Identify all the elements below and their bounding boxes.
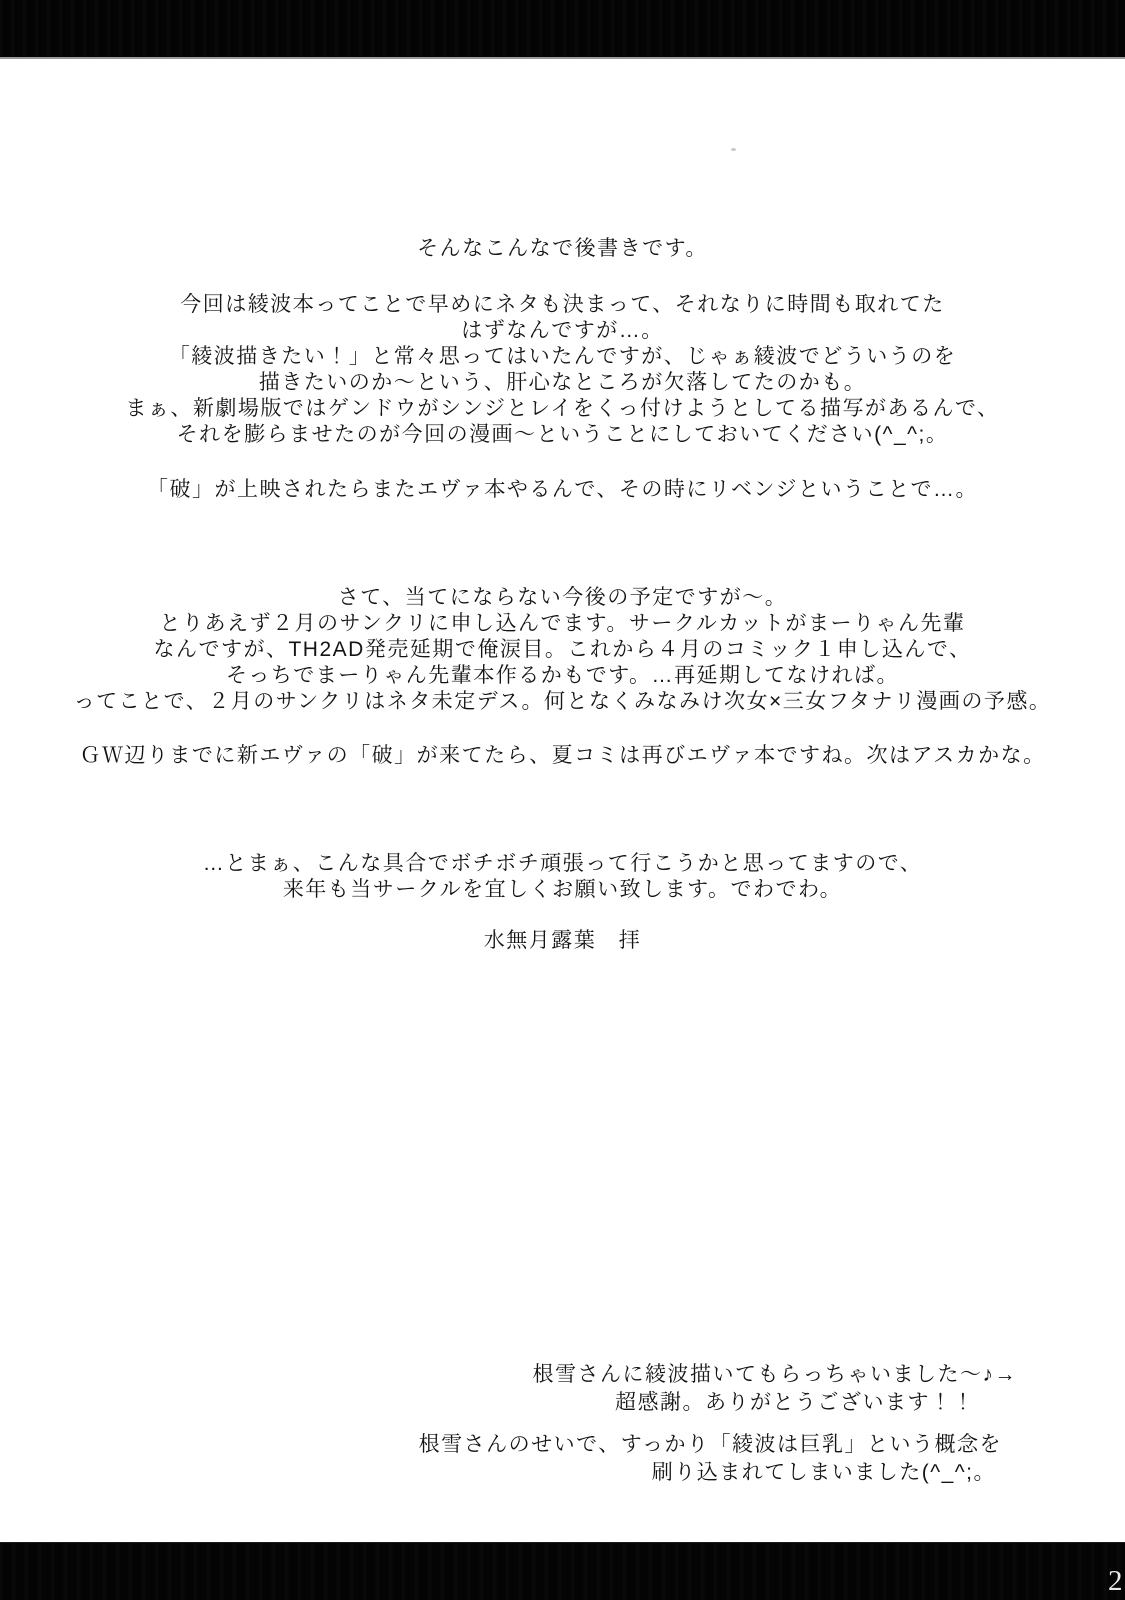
afterword-line: 「破」が上映されたらまたエヴァ本やるんで、その時にリベンジということで…。 <box>0 477 1125 503</box>
thanks-note-line: 根雪さんに綾波描いてもらっちゃいました～♪→ <box>533 1362 1018 1388</box>
afterword-line: 「綾波描きたい！」と常々思ってはいたんですが、じゃぁ綾波でどういうのを <box>0 344 1125 370</box>
afterword-line: はずなんですが…。 <box>0 318 1125 344</box>
afterword-line: ってことで、２月のサンクリはネタ未定デス。何となくみなみけ次女×三女フタナリ漫画… <box>0 689 1125 715</box>
afterword-line: そっちでまーりゃん先輩本作るかもです。…再延期してなければ。 <box>0 663 1125 689</box>
author-signature: 水無月露葉 拝 <box>0 928 1125 954</box>
afterword-line: さて、当てにならない今後の予定ですが～。 <box>0 585 1125 611</box>
thanks-note-line: 超感謝。ありがとうございます！！ <box>615 1390 975 1416</box>
afterword-line: …とまぁ、こんな具合でボチボチ頑張って行こうかと思ってますので、 <box>0 851 1125 877</box>
afterword-line: 描きたいのか～という、肝心なところが欠落してたのかも。 <box>0 370 1125 396</box>
top-scan-bar <box>0 0 1125 59</box>
thanks-note-line: 刷り込まれてしまいました(^_^;。 <box>652 1460 996 1486</box>
afterword-line: とりあえず２月のサンクリに申し込んでます。サークルカットがまーりゃん先輩 <box>0 611 1125 637</box>
afterword-title: そんなこんなで後書きです。 <box>0 236 1125 262</box>
scan-speck <box>731 148 736 151</box>
afterword-line: それを膨らませたのが今回の漫画～ということにしておいてください(^_^;。 <box>0 422 1125 448</box>
afterword-line: 今回は綾波本ってことで早めにネタも決まって、それなりに時間も取れてた <box>0 292 1125 318</box>
scanned-afterword-page: そんなこんなで後書きです。 今回は綾波本ってことで早めにネタも決まって、それなり… <box>0 0 1125 1600</box>
afterword-line: なんですが、TH2AD発売延期で俺涙目。これから４月のコミック１申し込んで、 <box>0 637 1125 663</box>
bottom-scan-bar: 2 <box>0 1542 1125 1600</box>
thanks-note-line: 根雪さんのせいで、すっかり「綾波は巨乳」という概念を <box>419 1432 1002 1458</box>
afterword-line: 来年も当サークルを宜しくお願い致します。でわでわ。 <box>0 877 1125 903</box>
page-number: 2 <box>1108 1567 1123 1596</box>
afterword-line: まぁ、新劇場版ではゲンドウがシンジとレイをくっ付けようとしてる描写があるんで、 <box>0 396 1125 422</box>
afterword-line: ＧＷ辺りまでに新エヴァの「破」が来てたら、夏コミは再びエヴァ本ですね。次はアスカ… <box>0 743 1125 769</box>
